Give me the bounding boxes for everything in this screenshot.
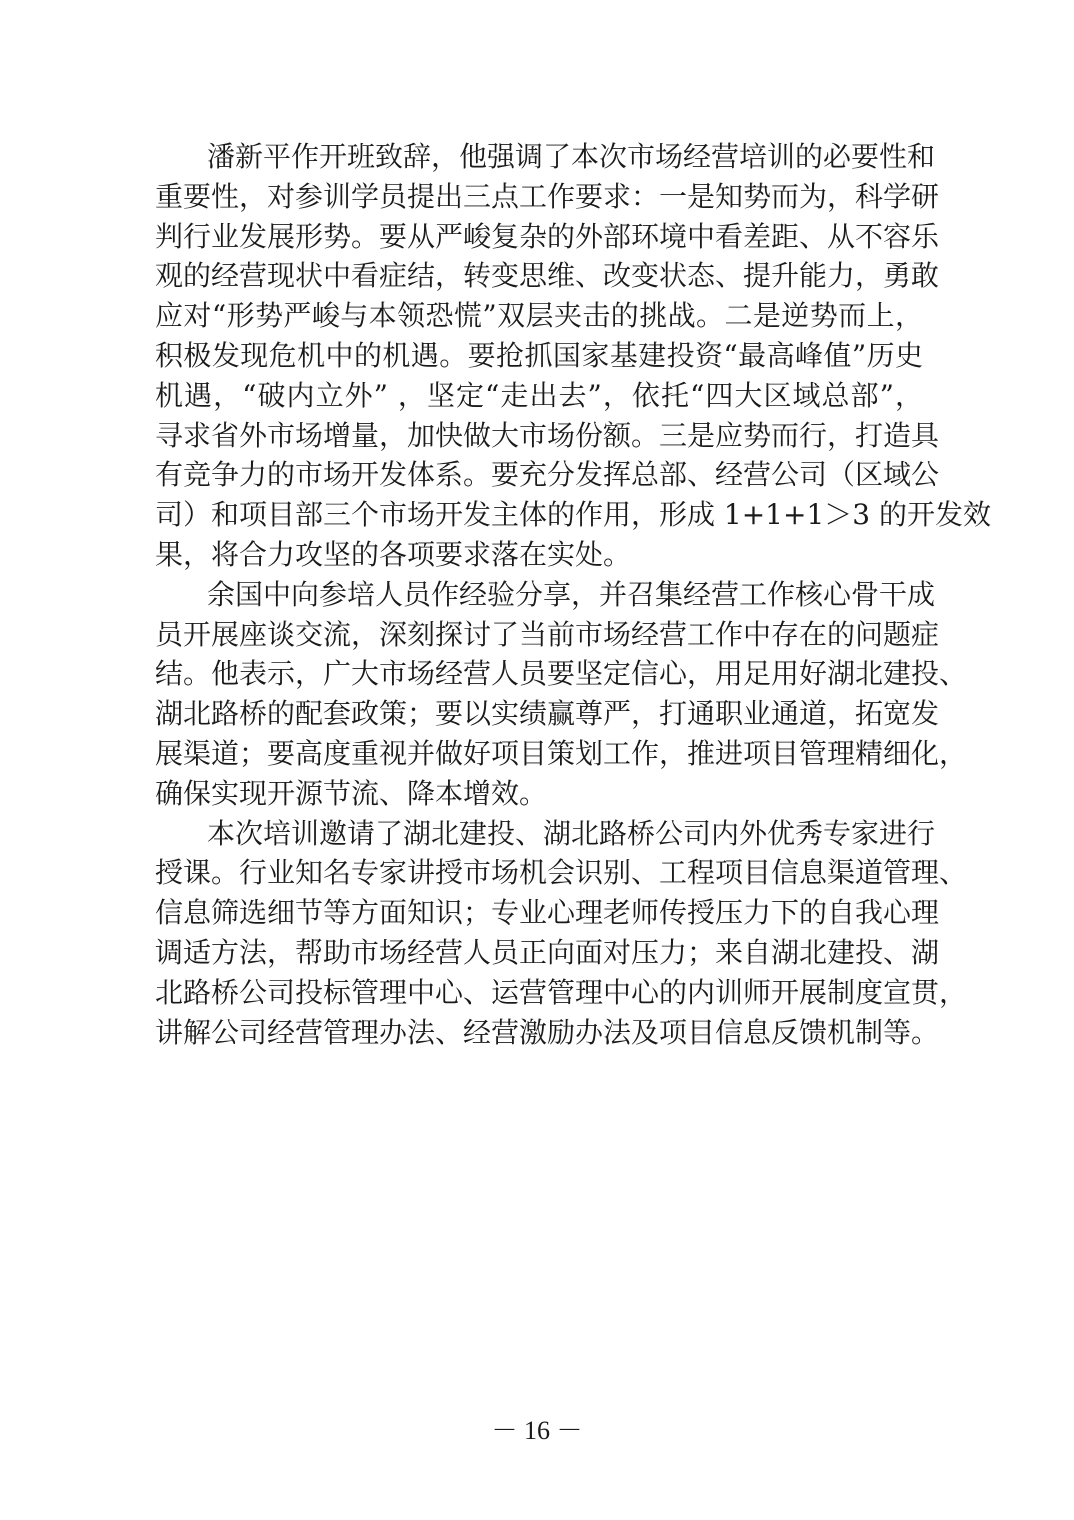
body-text: 潘新平作开班致辞，他强调了本次市场经营培训的必要性和 重要性，对参训学员提出三点… — [155, 137, 923, 1052]
text-line: 本次培训邀请了湖北建投、湖北路桥公司内外优秀专家进行 — [155, 814, 923, 854]
text-line: 积极发现危机中的机遇。要抢抓国家基建投资“最高峰值”历史 — [155, 336, 923, 376]
text-line: 机遇，“破内立外” ，坚定“走出去”，依托“四大区域总部”， — [155, 376, 923, 416]
text-line: 讲解公司经营管理办法、经营激励办法及项目信息反馈机制等。 — [155, 1013, 923, 1053]
text-line: 重要性，对参训学员提出三点工作要求：一是知势而为，科学研 — [155, 177, 923, 217]
paragraph-3: 本次培训邀请了湖北建投、湖北路桥公司内外优秀专家进行 授课。行业知名专家讲授市场… — [155, 814, 923, 1053]
text-line: 判行业发展形势。要从严峻复杂的外部环境中看差距、从不容乐 — [155, 217, 923, 257]
page-number: － 16 － — [0, 1410, 1074, 1447]
text-line: 授课。行业知名专家讲授市场机会识别、工程项目信息渠道管理、 — [155, 853, 923, 893]
text-line: 结。他表示，广大市场经营人员要坚定信心，用足用好湖北建投、 — [155, 654, 923, 694]
text-line: 果，将合力攻坚的各项要求落在实处。 — [155, 535, 923, 575]
text-line: 潘新平作开班致辞，他强调了本次市场经营培训的必要性和 — [155, 137, 923, 177]
text-line: 信息筛选细节等方面知识；专业心理老师传授压力下的自我心理 — [155, 893, 923, 933]
text-line: 调适方法，帮助市场经营人员正向面对压力；来自湖北建投、湖 — [155, 933, 923, 973]
text-line: 观的经营现状中看症结，转变思维、改变状态、提升能力，勇敢 — [155, 256, 923, 296]
text-line: 寻求省外市场增量，加快做大市场份额。三是应势而行，打造具 — [155, 416, 923, 456]
text-line: 员开展座谈交流，深刻探讨了当前市场经营工作中存在的问题症 — [155, 615, 923, 655]
text-line: 余国中向参培人员作经验分享，并召集经营工作核心骨干成 — [155, 575, 923, 615]
text-line: 应对“形势严峻与本领恐慌”双层夹击的挑战。二是逆势而上， — [155, 296, 923, 336]
text-line: 司）和项目部三个市场开发主体的作用，形成 1+1+1＞3 的开发效 — [155, 495, 923, 535]
text-line: 展渠道；要高度重视并做好项目策划工作，推进项目管理精细化， — [155, 734, 923, 774]
paragraph-2: 余国中向参培人员作经验分享，并召集经营工作核心骨干成 员开展座谈交流，深刻探讨了… — [155, 575, 923, 814]
text-line: 有竞争力的市场开发体系。要充分发挥总部、经营公司（区域公 — [155, 455, 923, 495]
text-line: 确保实现开源节流、降本增效。 — [155, 774, 923, 814]
text-line: 北路桥公司投标管理中心、运营管理中心的内训师开展制度宣贯， — [155, 973, 923, 1013]
paragraph-1: 潘新平作开班致辞，他强调了本次市场经营培训的必要性和 重要性，对参训学员提出三点… — [155, 137, 923, 575]
document-page: 潘新平作开班致辞，他强调了本次市场经营培训的必要性和 重要性，对参训学员提出三点… — [0, 0, 1074, 1520]
text-line: 湖北路桥的配套政策；要以实绩赢尊严，打通职业通道，拓宽发 — [155, 694, 923, 734]
